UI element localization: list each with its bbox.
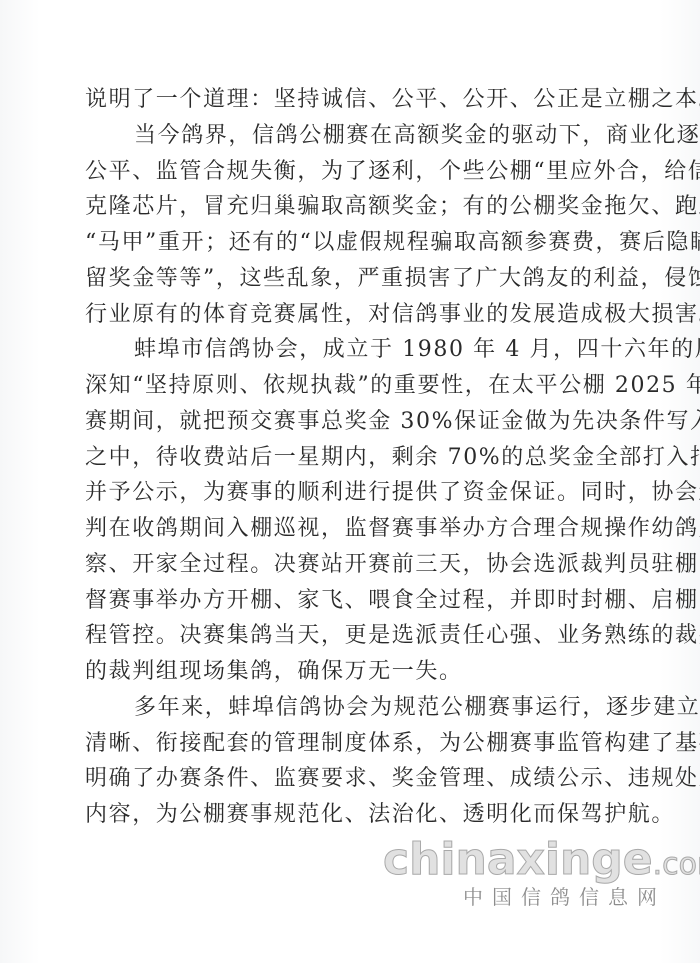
text-line: 督赛事举办方开棚、家飞、喂食全过程，并即时封棚、启棚，做到全 [85, 583, 622, 619]
paragraph-first-line: 蚌埠市信鸽协会，成立于 1980 年 4 月，四十六年的风雨历程， [85, 332, 622, 368]
text-line: 察、开家全过程。决赛站开赛前三天，协会选派裁判员驻棚，全程监 [85, 547, 622, 583]
watermark-domain-suffix: .com [653, 847, 700, 882]
text-line: 内容，为公棚赛事规范化、法治化、透明化而保驾护航。 [85, 797, 622, 833]
text-line: 之中，待收费站后一星期内，剩余 70%的总奖金全部打入指定账户， [85, 440, 622, 476]
watermark-site-name: 中国信鸽信息网 [463, 886, 666, 908]
article-body: 说明了一个道理：坚持诚信、公平、公开、公正是立棚之本。当今鸽界，信鸽公棚赛在高额… [85, 82, 625, 833]
text-line: 明确了办赛条件、监赛要求、奖金管理、成绩公示、违规处置等核心 [85, 761, 622, 797]
text-line: 深知“坚持原则、依规执裁”的重要性，在太平公棚 2025 年申请监 [85, 368, 622, 404]
text-line: 行业原有的体育竞赛属性，对信鸽事业的发展造成极大损害。 [85, 297, 622, 333]
text-line: 公平、监管合规失衡，为了逐利，个些公棚“里应外合，给信鸽植入 [85, 154, 622, 190]
paragraph-first-line: 多年来，蚌埠信鸽协会为规范公棚赛事运行，逐步建立起了层次 [85, 690, 622, 726]
text-line: 赛期间，就把预交赛事总奖金 30%保证金做为先决条件写入监赛协议 [85, 404, 622, 440]
text-line: “马甲”重开；还有的“以虚假规程骗取高额参赛费，赛后隐瞒、截 [85, 225, 622, 261]
text-line: 说明了一个道理：坚持诚信、公平、公开、公正是立棚之本。 [85, 82, 622, 118]
site-watermark: chinaxinge.com 中国信鸽信息网 [383, 838, 700, 887]
text-line: 的裁判组现场集鸽，确保万无一失。 [85, 654, 622, 690]
text-line: 克隆芯片，冒充归巢骗取高额奖金；有的公棚奖金拖欠、跑路、换名 [85, 189, 622, 225]
text-line: 并予公示，为赛事的顺利进行提供了资金保证。同时，协会还选派裁 [85, 475, 622, 511]
text-line: 清晰、衔接配套的管理制度体系，为公棚赛事监管构建了基础框架， [85, 726, 622, 762]
text-line: 判在收鸽期间入棚巡视，监督赛事举办方合理合规操作幼鸽入棚、观 [85, 511, 622, 547]
document-page: 说明了一个道理：坚持诚信、公平、公开、公正是立棚之本。当今鸽界，信鸽公棚赛在高额… [0, 0, 700, 963]
text-line: 留奖金等等”，这些乱象，严重损害了广大鸽友的利益，侵蚀了信鸽 [85, 261, 622, 297]
watermark-domain: chinaxinge.com [383, 838, 700, 887]
paragraph-first-line: 当今鸽界，信鸽公棚赛在高额奖金的驱动下，商业化逐利与竞技 [85, 118, 622, 154]
watermark-domain-name: chinaxinge [383, 834, 653, 885]
text-line: 程管控。决赛集鸽当天，更是选派责任心强、业务熟练的裁判员组成 [85, 618, 622, 654]
